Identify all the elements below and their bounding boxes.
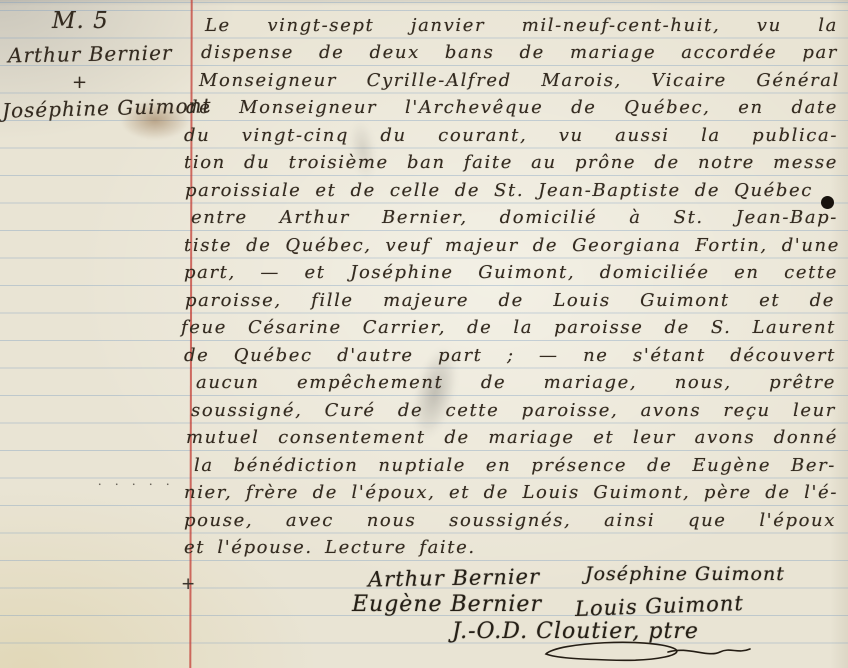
signature-witness-bride-side: Louis Guimont (575, 591, 745, 621)
margin-entry-number: M. 5 (52, 8, 109, 34)
act-line: paroissiale et de celle de St. Jean-Bapt… (185, 177, 813, 204)
margin-tally-dots: · · · · · (98, 478, 174, 491)
margin-bride-name: Joséphine Guimont (2, 93, 212, 122)
act-line: de Monseigneur l'Archevêque de Québec, e… (186, 94, 838, 121)
act-line: tion du troisième ban faite au prône de … (184, 149, 838, 176)
act-line: nier, frère de l'époux, et de Louis Guim… (184, 479, 838, 506)
act-line: paroisse, fille majeure de Louis Guimont… (185, 287, 835, 314)
act-line: et l'épouse. Lecture faite. (184, 534, 584, 561)
act-line: entre Arthur Bernier, domicilié à St. Je… (191, 204, 838, 231)
act-line: soussigné, Curé de cette paroisse, avons… (191, 397, 836, 424)
signature-groom: Arthur Bernier (368, 565, 540, 592)
act-line: part, — et Joséphine Guimont, domiciliée… (184, 259, 838, 286)
act-line: mutuel consentement de mariage et leur a… (186, 424, 838, 451)
register-page-scan: M. 5 Arthur Bernier + Joséphine Guimont … (0, 0, 848, 668)
act-line: Le vingt-sept janvier mil-neuf-cent-huit… (205, 12, 838, 39)
signature-witness-groom-side: Eugène Bernier (352, 592, 542, 617)
margin-groom-name: Arthur Bernier (8, 41, 173, 68)
act-line: la bénédiction nuptiale en présence de E… (194, 452, 836, 479)
act-line: du vingt-cinq du courant, vu aussi la pu… (184, 122, 838, 149)
signature-flourish (538, 640, 753, 666)
act-line: Monseigneur Cyrille-Alfred Marois, Vicai… (199, 67, 840, 94)
act-line: tiste de Québec, veuf majeur de Georgian… (184, 232, 840, 259)
act-line: feue Césarine Carrier, de la paroisse de… (181, 314, 836, 341)
act-line: pouse, avec nous soussignés, ainsi que l… (184, 507, 836, 534)
signature-bride: Joséphine Guimont (585, 563, 785, 585)
act-line: de Québec d'autre part ; — ne s'étant dé… (184, 342, 836, 369)
ink-dot (821, 196, 834, 209)
margin-connector: + (72, 72, 88, 93)
margin-cross-mark: + (181, 574, 195, 594)
act-line: dispense de deux bans de mariage accordé… (201, 39, 838, 66)
act-line: aucun empêchement de mariage, nous, prêt… (196, 369, 836, 396)
